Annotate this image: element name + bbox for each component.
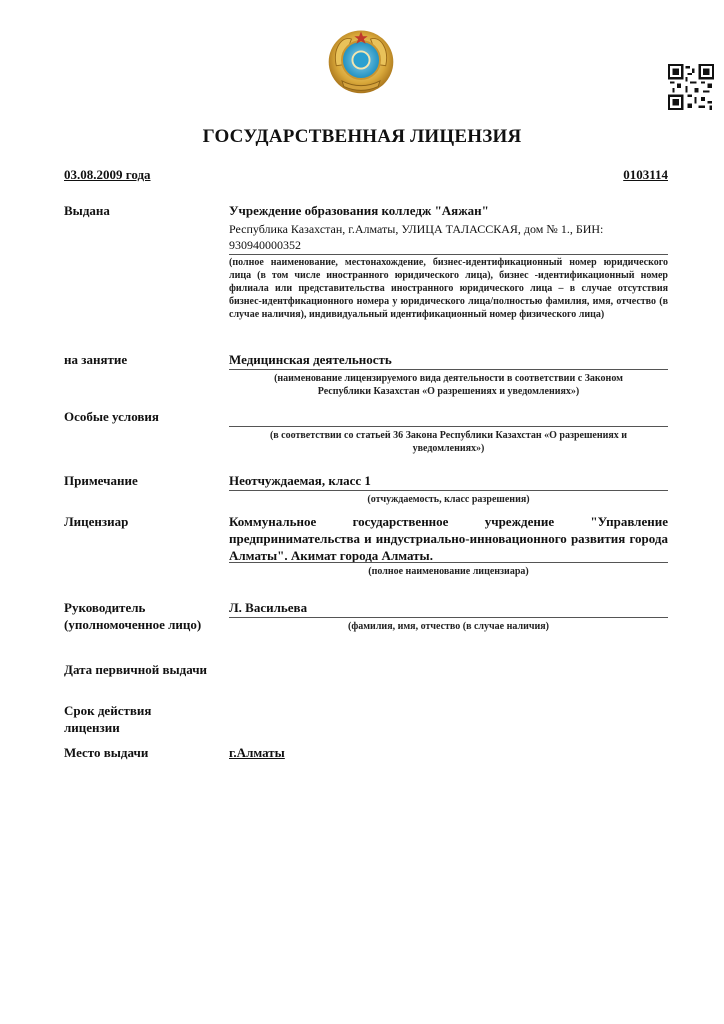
place-value: г.Алматы [229, 744, 668, 761]
first-issue-date-label: Дата первичной выдачи [64, 661, 207, 678]
qr-code-icon [668, 64, 714, 110]
activity-label: на занятие [64, 351, 127, 368]
issued-to-rule [229, 254, 668, 255]
head-rule [229, 617, 668, 618]
state-emblem-icon [322, 22, 400, 98]
head-value: Л. Васильева [229, 599, 668, 616]
head-label: Руководитель (уполномоченное лицо) [64, 599, 224, 633]
special-conditions-rule [229, 426, 668, 427]
licensor-rule [229, 562, 668, 563]
note-hint: (отчуждаемость, класс разрешения) [229, 493, 668, 506]
issued-to-hint: (полное наименование, местонахождение, б… [229, 256, 668, 321]
activity-value: Медицинская деятельность [229, 351, 668, 368]
issued-to-address: Республика Казахстан, г.Алматы, УЛИЦА ТА… [229, 221, 668, 253]
place-label: Место выдачи [64, 744, 148, 761]
activity-hint: (наименование лицензируемого вида деятел… [229, 372, 668, 398]
issued-to-value: Учреждение образования колледж "Аяжан" [229, 202, 668, 219]
special-conditions-hint: (в соответствии со статьей 36 Закона Рес… [229, 429, 668, 455]
issued-to-label: Выдана [64, 202, 110, 219]
licensor-value: Коммунальное государственное учреждение … [229, 513, 668, 564]
special-conditions-label: Особые условия [64, 408, 159, 425]
document-title: ГОСУДАРСТВЕННАЯ ЛИЦЕНЗИЯ [0, 126, 724, 148]
validity-label: Срок действия лицензии [64, 702, 174, 736]
note-value: Неотчуждаемая, класс 1 [229, 472, 668, 489]
head-hint: (фамилия, имя, отчество (в случае наличи… [229, 620, 668, 633]
licensor-label: Лицензиар [64, 513, 128, 530]
activity-rule [229, 369, 668, 370]
note-rule [229, 490, 668, 491]
license-number: 0103114 [623, 167, 668, 183]
licensor-hint: (полное наименование лицензиара) [229, 565, 668, 578]
note-label: Примечание [64, 472, 138, 489]
issue-date: 03.08.2009 года [64, 167, 151, 183]
